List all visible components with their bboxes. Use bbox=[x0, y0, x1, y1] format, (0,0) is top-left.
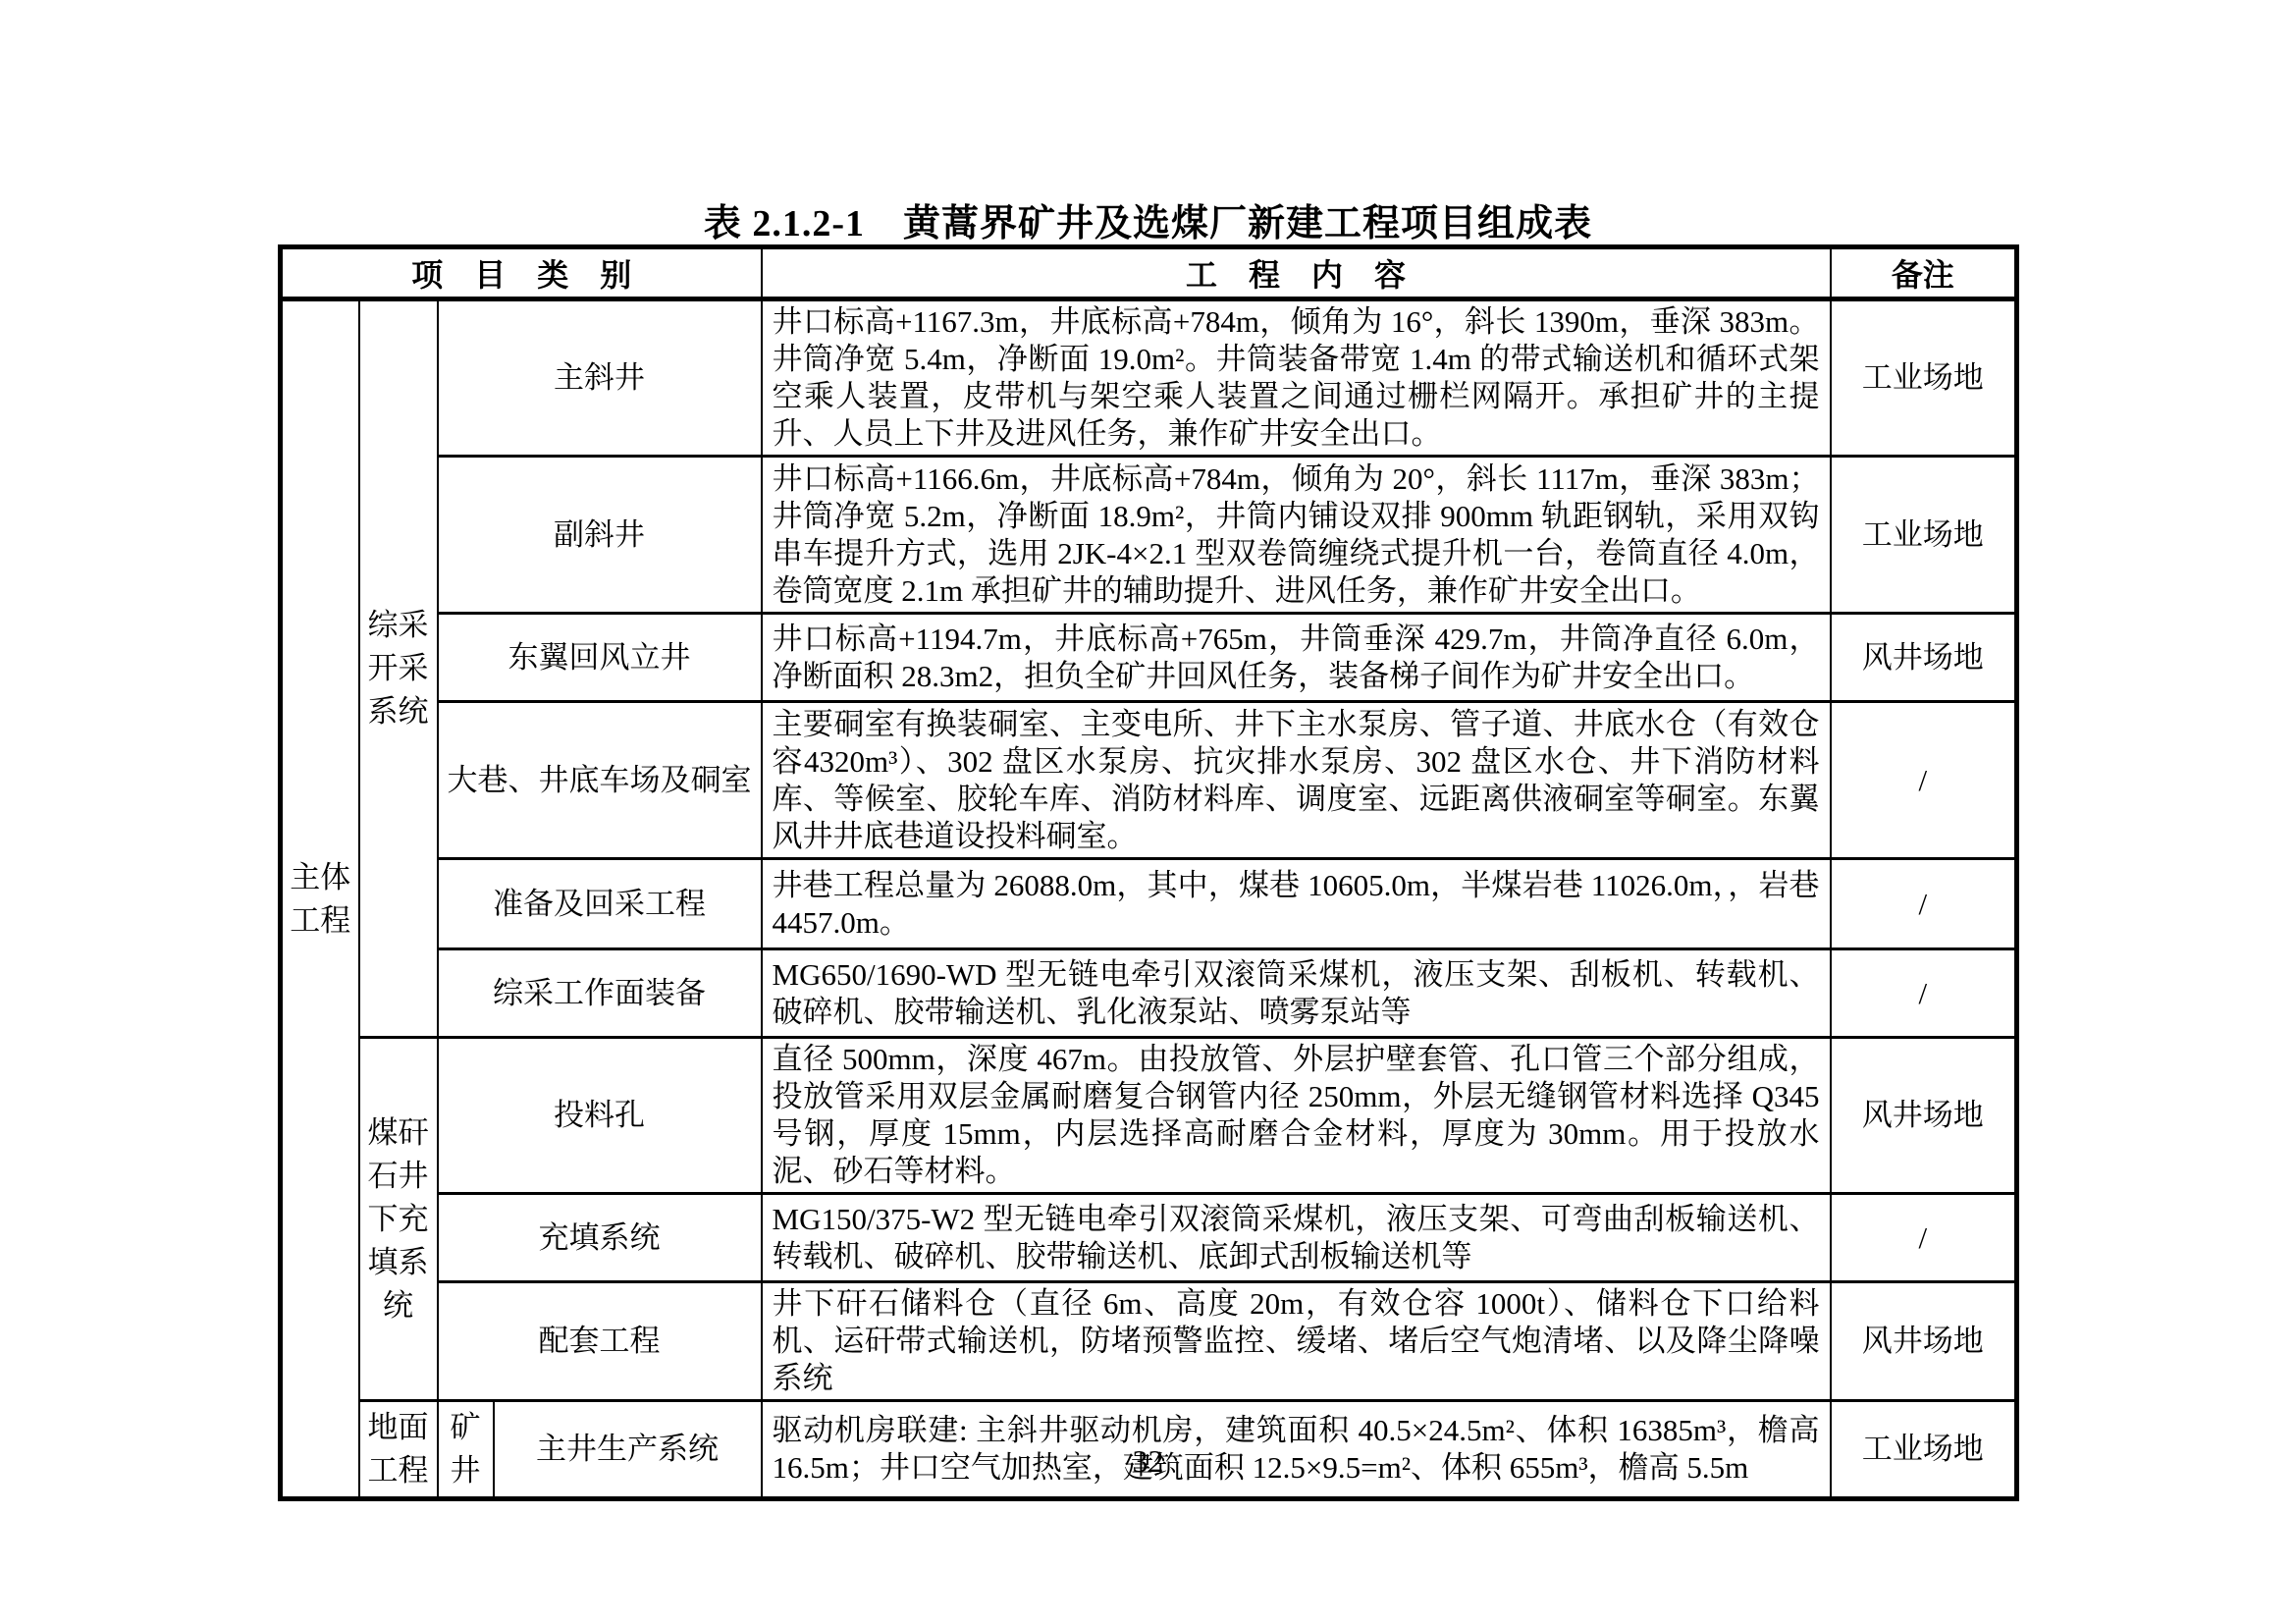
row-content: MG150/375-W2 型无链电牵引双滚筒采煤机，液压支架、可弯曲刮板输送机、… bbox=[762, 1194, 1831, 1282]
row-label: 综采工作面装备 bbox=[438, 949, 762, 1038]
row-content: MG650/1690-WD 型无链电牵引双滚筒采煤机，液压支架、刮板机、转载机、… bbox=[762, 949, 1831, 1038]
row-label: 准备及回采工程 bbox=[438, 859, 762, 949]
project-composition-table: 项 目 类 别 工 程 内 容 备注 主体工程 综采开采系统 主斜井 井口标高+… bbox=[278, 244, 2019, 1501]
row-remark: / bbox=[1831, 1194, 2017, 1282]
row-label: 投料孔 bbox=[438, 1038, 762, 1194]
row-content: 直径 500mm，深度 467m。由投放管、外层护壁套管、孔口管三个部分组成，投… bbox=[762, 1038, 1831, 1194]
row-remark: / bbox=[1831, 702, 2017, 859]
group-main-project: 主体工程 bbox=[281, 299, 359, 1499]
header-category: 项 目 类 别 bbox=[281, 247, 762, 299]
table-row: 充填系统 MG150/375-W2 型无链电牵引双滚筒采煤机，液压支架、可弯曲刮… bbox=[281, 1194, 2017, 1282]
row-remark: 风井场地 bbox=[1831, 614, 2017, 702]
document-page: 表 2.1.2-1 黄蒿界矿井及选煤厂新建工程项目组成表 项 目 类 别 工 程… bbox=[0, 0, 2296, 1624]
row-remark: / bbox=[1831, 949, 2017, 1038]
row-remark: / bbox=[1831, 859, 2017, 949]
row-content: 井下矸石储料仓（直径 6m、高度 20m，有效仓容 1000t）、储料仓下口给料… bbox=[762, 1282, 1831, 1401]
row-remark: 风井场地 bbox=[1831, 1038, 2017, 1194]
row-label: 主斜井 bbox=[438, 299, 762, 457]
header-content: 工 程 内 容 bbox=[762, 247, 1831, 299]
row-content: 井口标高+1166.6m，井底标高+784m，倾角为 20°，斜长 1117m，… bbox=[762, 457, 1831, 614]
table-row: 配套工程 井下矸石储料仓（直径 6m、高度 20m，有效仓容 1000t）、储料… bbox=[281, 1282, 2017, 1401]
row-label: 配套工程 bbox=[438, 1282, 762, 1401]
table-row: 东翼回风立井 井口标高+1194.7m，井底标高+765m，井筒垂深 429.7… bbox=[281, 614, 2017, 702]
row-remark: 风井场地 bbox=[1831, 1282, 2017, 1401]
row-content: 主要硐室有换装硐室、主变电所、井下主水泵房、管子道、井底水仓（有效仓容4320m… bbox=[762, 702, 1831, 859]
row-label: 大巷、井底车场及硐室 bbox=[438, 702, 762, 859]
group-backfill-system: 煤矸石井下充填系统 bbox=[359, 1038, 438, 1401]
row-remark: 工业场地 bbox=[1831, 299, 2017, 457]
table-row: 综采工作面装备 MG650/1690-WD 型无链电牵引双滚筒采煤机，液压支架、… bbox=[281, 949, 2017, 1038]
row-label: 副斜井 bbox=[438, 457, 762, 614]
row-content: 井口标高+1194.7m，井底标高+765m，井筒垂深 429.7m，井筒净直径… bbox=[762, 614, 1831, 702]
row-content: 井巷工程总量为 26088.0m，其中，煤巷 10605.0m，半煤岩巷 110… bbox=[762, 859, 1831, 949]
table-row: 副斜井 井口标高+1166.6m，井底标高+784m，倾角为 20°，斜长 11… bbox=[281, 457, 2017, 614]
table-row: 大巷、井底车场及硐室 主要硐室有换装硐室、主变电所、井下主水泵房、管子道、井底水… bbox=[281, 702, 2017, 859]
group-mining-system: 综采开采系统 bbox=[359, 299, 438, 1038]
page-number: 32 bbox=[0, 1443, 2296, 1480]
table-row: 准备及回采工程 井巷工程总量为 26088.0m，其中，煤巷 10605.0m，… bbox=[281, 859, 2017, 949]
table-title: 表 2.1.2-1 黄蒿界矿井及选煤厂新建工程项目组成表 bbox=[0, 192, 2296, 246]
row-remark: 工业场地 bbox=[1831, 457, 2017, 614]
row-label: 东翼回风立井 bbox=[438, 614, 762, 702]
row-content: 井口标高+1167.3m，井底标高+784m，倾角为 16°，斜长 1390m，… bbox=[762, 299, 1831, 457]
table-row: 主体工程 综采开采系统 主斜井 井口标高+1167.3m，井底标高+784m，倾… bbox=[281, 299, 2017, 457]
row-label: 充填系统 bbox=[438, 1194, 762, 1282]
table-row: 煤矸石井下充填系统 投料孔 直径 500mm，深度 467m。由投放管、外层护壁… bbox=[281, 1038, 2017, 1194]
table-header-row: 项 目 类 别 工 程 内 容 备注 bbox=[281, 247, 2017, 299]
header-remark: 备注 bbox=[1831, 247, 2017, 299]
